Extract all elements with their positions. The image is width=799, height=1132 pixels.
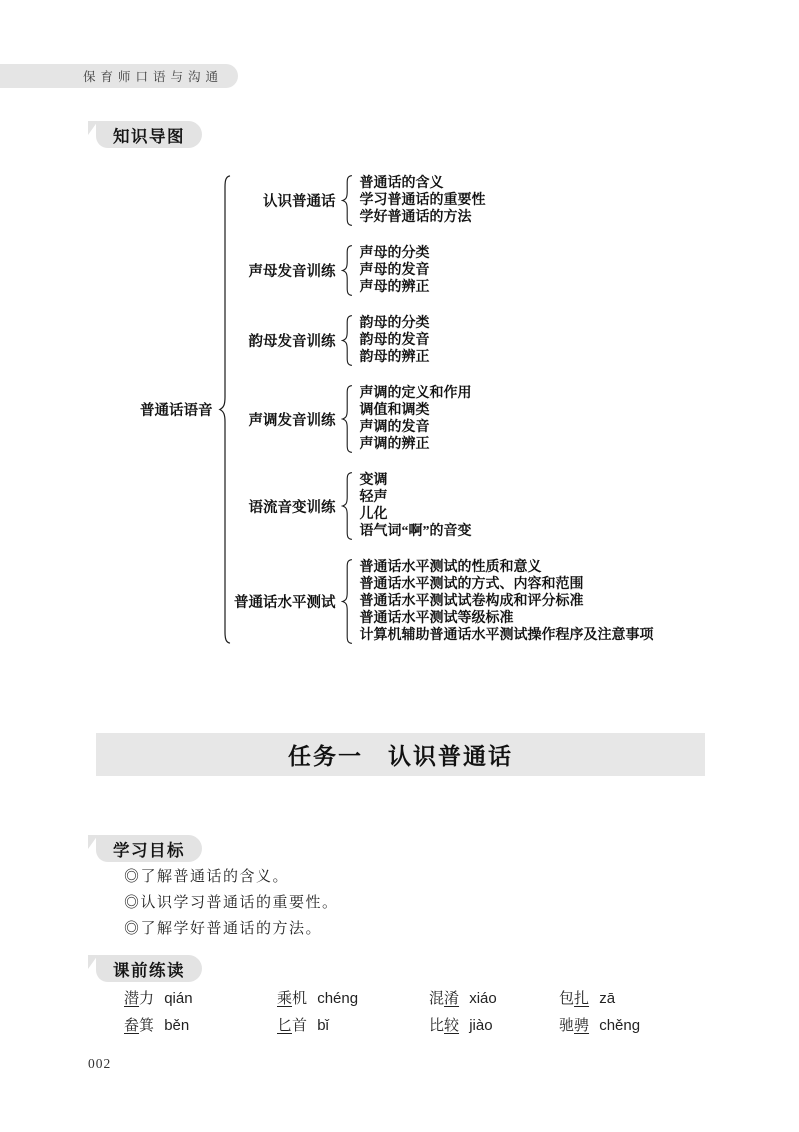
word-pinyin: běn	[164, 1017, 189, 1034]
word-chinese: 畚箕	[124, 1017, 154, 1034]
leaf-item: 普通话的含义	[360, 175, 486, 192]
leaf-item: 轻声	[360, 489, 472, 506]
word-underlined-char: 较	[444, 1017, 459, 1034]
leaf-item: 韵母的辨正	[360, 349, 430, 366]
word-item: 混淆 xiáo	[429, 987, 559, 1011]
leaf-item: 学习普通话的重要性	[360, 192, 486, 209]
leaf-item: 韵母的分类	[360, 315, 430, 332]
word-plain-part: 驰	[559, 1017, 574, 1034]
word-chinese: 驰骋	[559, 1017, 589, 1034]
leaf-item: 韵母的发音	[360, 332, 430, 349]
left-brace-icon	[341, 175, 353, 226]
word-plain-part: 包	[559, 990, 574, 1007]
goal-item: ◎认识学习普通话的重要性。	[124, 890, 339, 916]
learning-goals-list: ◎了解普通话的含义。 ◎认识学习普通话的重要性。 ◎了解学好普通话的方法。	[124, 864, 339, 942]
leaf-item: 语气词“啊”的音变	[360, 523, 472, 540]
word-underlined-char: 匕	[277, 1017, 292, 1034]
word-item: 比较 jiào	[429, 1014, 559, 1038]
knowledge-map-tree: 普通话语音 认识普通话 普通话的含义 学习普通话的重要性 学好普通话的方法 声母…	[140, 175, 654, 644]
pre-reading-badge: 课前练读	[96, 955, 202, 982]
word-chinese: 乘机	[277, 990, 307, 1007]
leaf-item: 声母的分类	[360, 245, 430, 262]
branch-row: 声调发音训练 声调的定义和作用 调值和调类 声调的发音 声调的辨正	[234, 385, 654, 453]
word-plain-part: 箕	[139, 1017, 154, 1034]
word-underlined-char: 骋	[574, 1017, 589, 1034]
branch-label: 声母发音训练	[234, 260, 336, 281]
knowledge-map-badge-label: 知识导图	[113, 123, 185, 147]
word-underlined-char: 潜	[124, 990, 139, 1007]
branch-row: 语流音变训练 变调 轻声 儿化 语气词“啊”的音变	[234, 472, 654, 540]
tree-root-label: 普通话语音	[140, 399, 213, 420]
book-page: 保育师口语与沟通 知识导图 普通话语音 认识普通话 普通话的含义 学习普通话的重…	[0, 0, 799, 1132]
leaf-item: 声调的发音	[360, 419, 472, 436]
word-item: 匕首 bǐ	[277, 1014, 429, 1038]
word-plain-part: 机	[292, 990, 307, 1007]
word-pinyin: chéng	[317, 990, 358, 1007]
leaf-item: 声调的定义和作用	[360, 385, 472, 402]
branch-list: 认识普通话 普通话的含义 学习普通话的重要性 学好普通话的方法 声母发音训练 声…	[234, 175, 654, 644]
word-chinese: 潜力	[124, 990, 154, 1007]
leaf-item: 普通话水平测试试卷构成和评分标准	[360, 593, 654, 610]
learning-goals-badge-label: 学习目标	[113, 837, 185, 861]
word-underlined-char: 乘	[277, 990, 292, 1007]
learning-goals-badge: 学习目标	[96, 835, 202, 862]
word-pinyin: zā	[599, 990, 615, 1007]
word-chinese: 比较	[429, 1017, 459, 1034]
left-brace-icon	[341, 559, 353, 644]
goal-item: ◎了解学好普通话的方法。	[124, 916, 339, 942]
branch-label: 普通话水平测试	[234, 591, 336, 612]
word-plain-part: 比	[429, 1017, 444, 1034]
branch-label: 语流音变训练	[234, 496, 336, 517]
word-chinese: 匕首	[277, 1017, 307, 1034]
task-banner: 任务一 认识普通话	[96, 733, 705, 776]
branch-label: 声调发音训练	[234, 409, 336, 430]
word-underlined-char: 淆	[444, 990, 459, 1007]
word-pinyin: qián	[164, 990, 192, 1007]
left-brace-icon	[218, 175, 232, 644]
leaf-item: 声母的辨正	[360, 279, 430, 296]
page-number: 002	[88, 1056, 111, 1072]
word-item: 畚箕 běn	[124, 1014, 277, 1038]
leaf-item: 普通话水平测试的性质和意义	[360, 559, 654, 576]
word-item: 潜力 qián	[124, 987, 277, 1011]
knowledge-map-badge: 知识导图	[96, 121, 202, 148]
leaf-list: 变调 轻声 儿化 语气词“啊”的音变	[360, 472, 472, 540]
left-brace-icon	[341, 472, 353, 540]
word-item: 包扎 zā	[559, 987, 704, 1011]
branch-label: 认识普通话	[234, 190, 336, 211]
word-plain-part: 首	[292, 1017, 307, 1034]
pre-reading-word-grid: 潜力 qián 乘机 chéng 混淆 xiáo 包扎 zā 畚箕 běn 匕首…	[124, 987, 704, 1038]
word-item: 驰骋 chěng	[559, 1014, 704, 1038]
leaf-item: 声母的发音	[360, 262, 430, 279]
left-brace-icon	[341, 315, 353, 366]
leaf-item: 普通话水平测试的方式、内容和范围	[360, 576, 654, 593]
word-pinyin: chěng	[599, 1017, 640, 1034]
leaf-list: 普通话的含义 学习普通话的重要性 学好普通话的方法	[360, 175, 486, 226]
leaf-item: 计算机辅助普通话水平测试操作程序及注意事项	[360, 627, 654, 644]
leaf-list: 普通话水平测试的性质和意义 普通话水平测试的方式、内容和范围 普通话水平测试试卷…	[360, 559, 654, 644]
branch-row: 声母发音训练 声母的分类 声母的发音 声母的辨正	[234, 245, 654, 296]
leaf-list: 声调的定义和作用 调值和调类 声调的发音 声调的辨正	[360, 385, 472, 453]
leaf-list: 声母的分类 声母的发音 声母的辨正	[360, 245, 430, 296]
word-pinyin: jiào	[469, 1017, 492, 1034]
book-header-band: 保育师口语与沟通	[0, 64, 238, 88]
left-brace-icon	[341, 245, 353, 296]
word-chinese: 混淆	[429, 990, 459, 1007]
word-plain-part: 混	[429, 990, 444, 1007]
word-underlined-char: 扎	[574, 990, 589, 1007]
pre-reading-badge-label: 课前练读	[113, 957, 185, 981]
goal-item: ◎了解普通话的含义。	[124, 864, 339, 890]
word-underlined-char: 畚	[124, 1017, 139, 1034]
left-brace-icon	[341, 385, 353, 453]
branch-row: 普通话水平测试 普通话水平测试的性质和意义 普通话水平测试的方式、内容和范围 普…	[234, 559, 654, 644]
leaf-item: 儿化	[360, 506, 472, 523]
word-item: 乘机 chéng	[277, 987, 429, 1011]
leaf-item: 普通话水平测试等级标准	[360, 610, 654, 627]
leaf-item: 声调的辨正	[360, 436, 472, 453]
word-pinyin: bǐ	[317, 1017, 329, 1034]
leaf-item: 学好普通话的方法	[360, 209, 486, 226]
branch-row: 韵母发音训练 韵母的分类 韵母的发音 韵母的辨正	[234, 315, 654, 366]
word-chinese: 包扎	[559, 990, 589, 1007]
task-title: 任务一 认识普通话	[288, 738, 513, 771]
word-pinyin: xiáo	[469, 990, 497, 1007]
branch-row: 认识普通话 普通话的含义 学习普通话的重要性 学好普通话的方法	[234, 175, 654, 226]
leaf-list: 韵母的分类 韵母的发音 韵母的辨正	[360, 315, 430, 366]
leaf-item: 调值和调类	[360, 402, 472, 419]
leaf-item: 变调	[360, 472, 472, 489]
word-plain-part: 力	[139, 990, 154, 1007]
book-title: 保育师口语与沟通	[83, 67, 223, 85]
branch-label: 韵母发音训练	[234, 330, 336, 351]
